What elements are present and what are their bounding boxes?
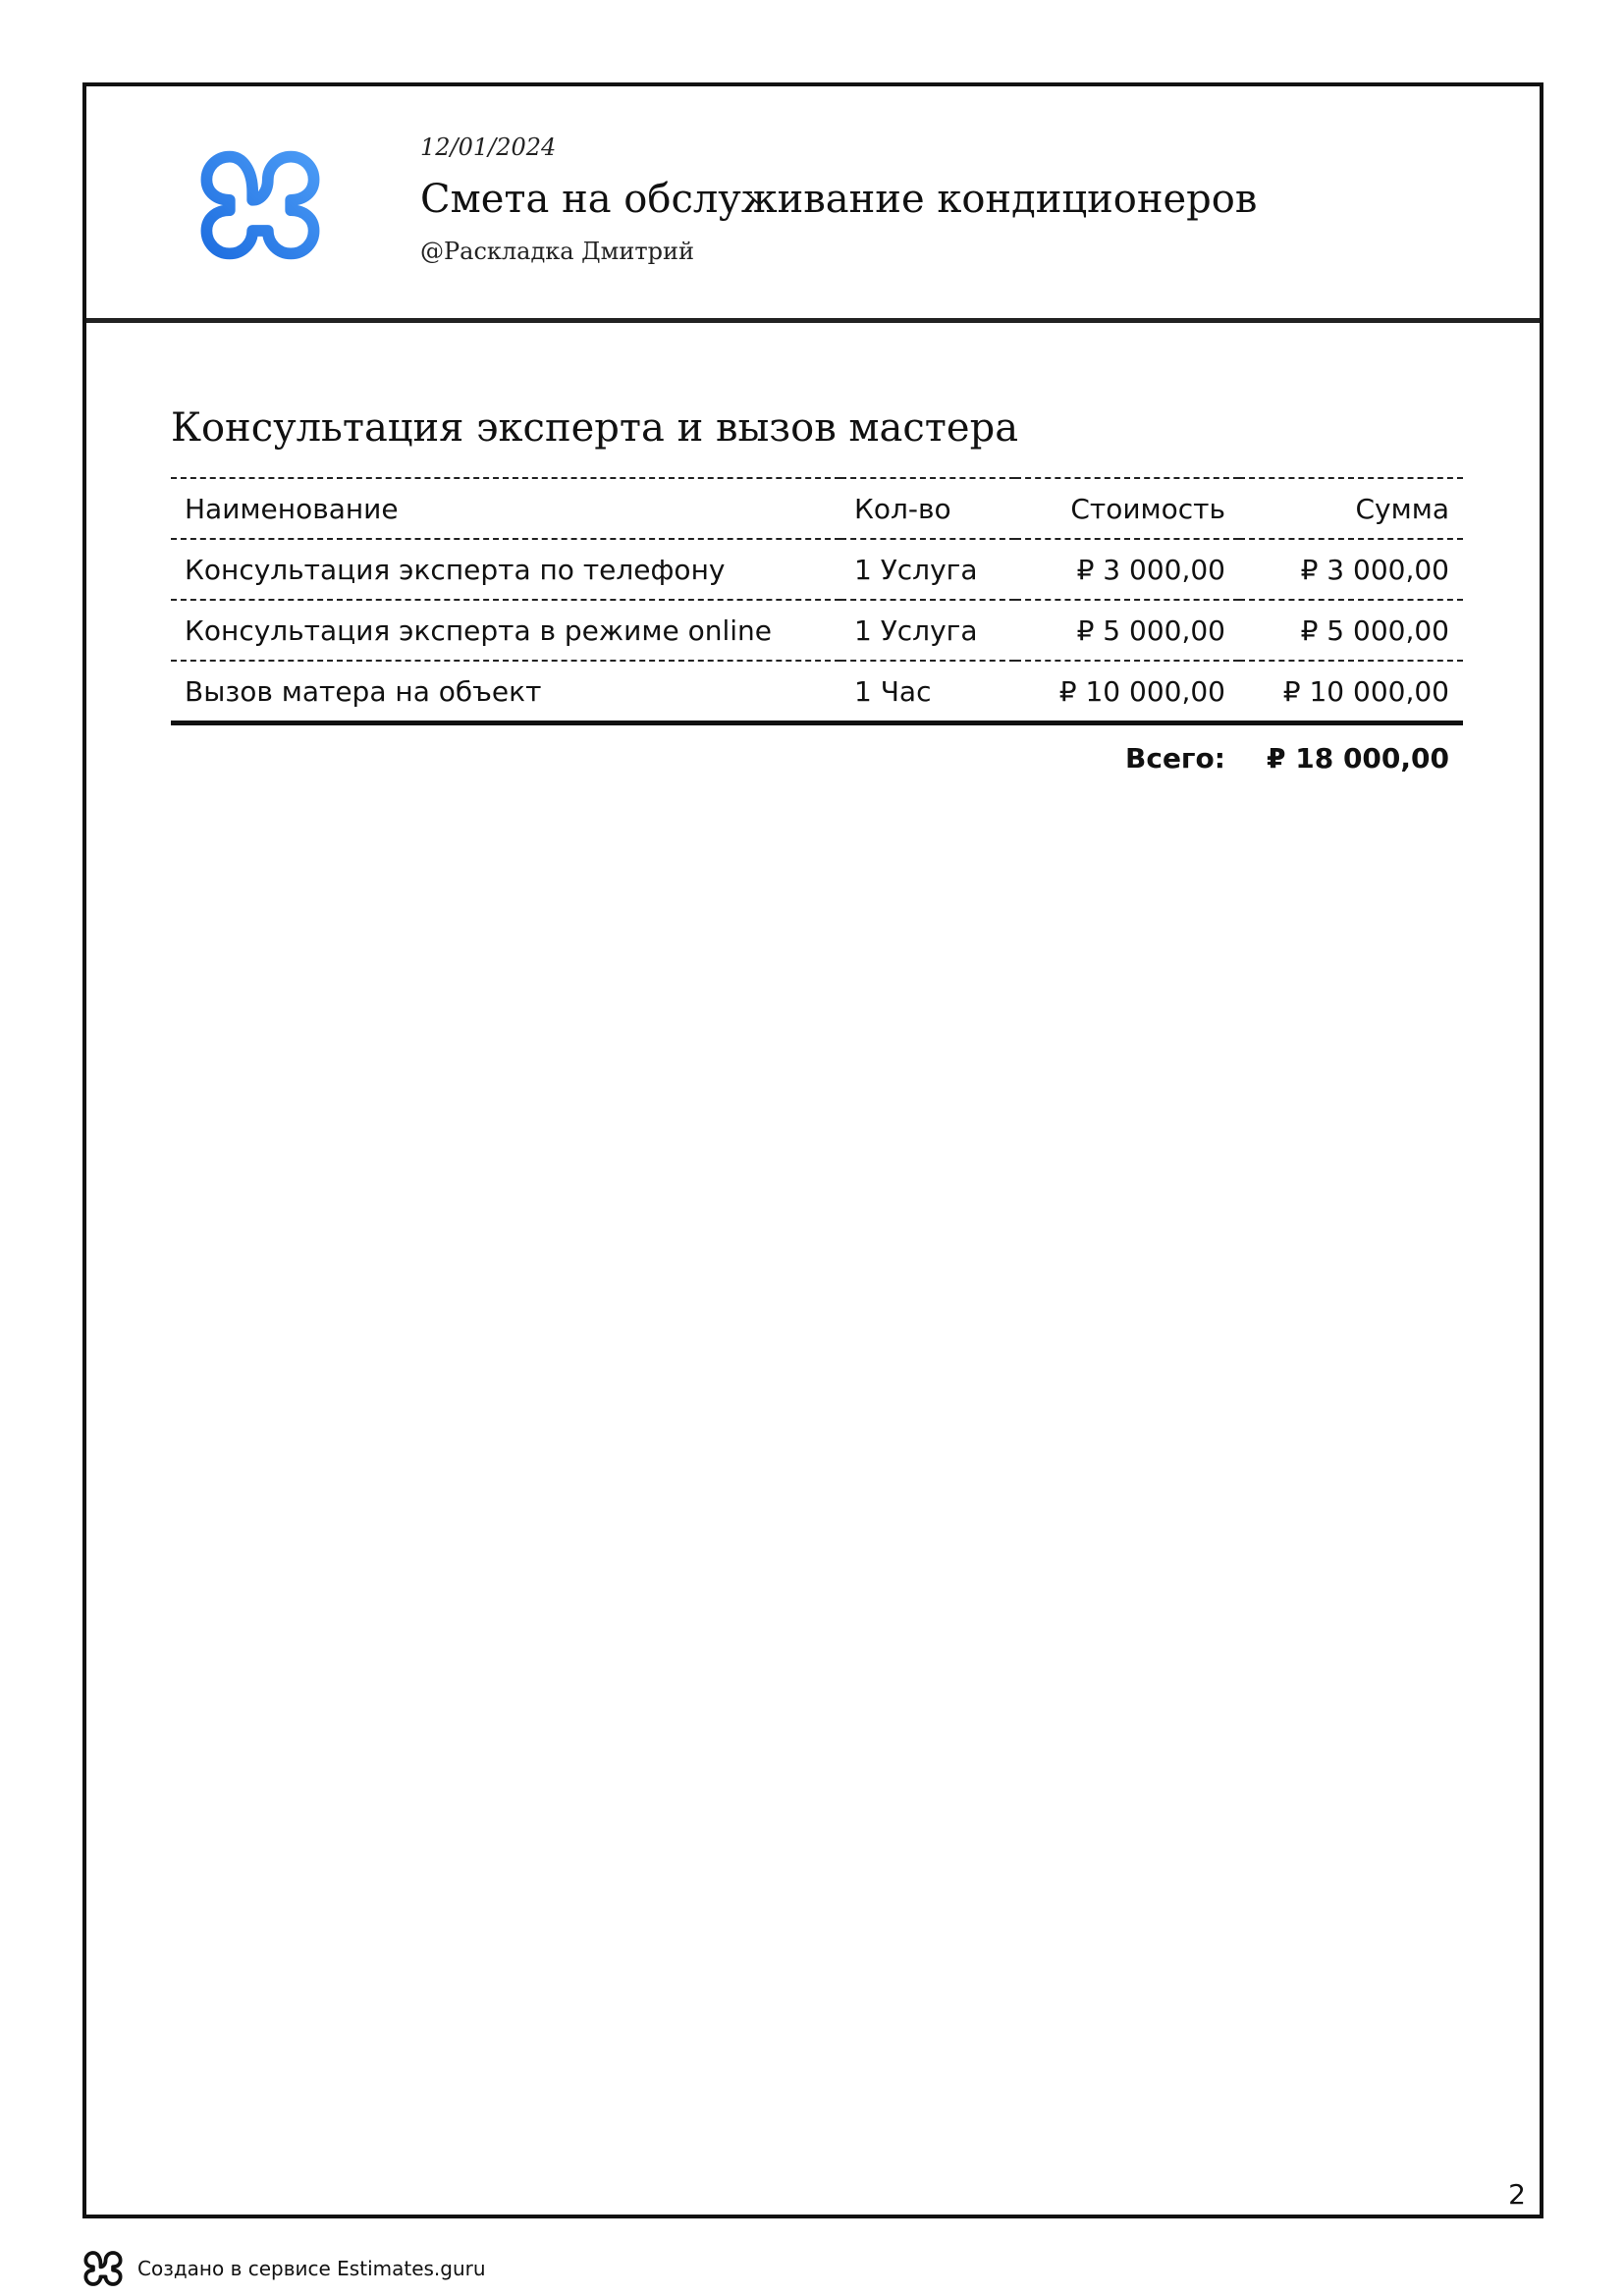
document-header: 12/01/2024 Смета на обслуживание кондици… <box>86 86 1540 323</box>
item-name: Вызов матера на объект <box>171 661 840 723</box>
column-header-total: Сумма <box>1239 478 1463 539</box>
table-row: Вызов матера на объект 1 Час ₽ 10 000,00… <box>171 661 1463 723</box>
column-header-qty: Кол-во <box>840 478 1015 539</box>
item-qty: 1 Услуга <box>840 539 1015 600</box>
total-row: Всего: ₽ 18 000,00 <box>171 723 1463 791</box>
table-header-row: Наименование Кол-во Стоимость Сумма <box>171 478 1463 539</box>
clover-logo-icon <box>196 141 324 269</box>
footer: Создано в сервисе Estimates.guru <box>82 2248 486 2289</box>
item-price: ₽ 3 000,00 <box>1015 539 1239 600</box>
item-total: ₽ 3 000,00 <box>1239 539 1463 600</box>
clover-logo-icon <box>82 2248 124 2289</box>
document-title: Смета на обслуживание кондиционеров <box>420 177 1257 222</box>
item-qty: 1 Час <box>840 661 1015 723</box>
estimate-table: Наименование Кол-во Стоимость Сумма Конс… <box>171 477 1463 790</box>
table-row: Консультация эксперта по телефону 1 Услу… <box>171 539 1463 600</box>
column-header-name: Наименование <box>171 478 840 539</box>
item-name: Консультация эксперта по телефону <box>171 539 840 600</box>
document-author: @Раскладка Дмитрий <box>420 238 694 265</box>
item-total: ₽ 10 000,00 <box>1239 661 1463 723</box>
item-name: Консультация эксперта в режиме online <box>171 600 840 661</box>
estimate-section: Консультация эксперта и вызов мастера На… <box>171 400 1463 790</box>
section-title: Консультация эксперта и вызов мастера <box>171 400 1463 455</box>
table-row: Консультация эксперта в режиме online 1 … <box>171 600 1463 661</box>
item-price: ₽ 5 000,00 <box>1015 600 1239 661</box>
total-value: ₽ 18 000,00 <box>1239 723 1463 791</box>
page-number: 2 <box>1508 2178 1526 2211</box>
item-price: ₽ 10 000,00 <box>1015 661 1239 723</box>
item-qty: 1 Услуга <box>840 600 1015 661</box>
item-total: ₽ 5 000,00 <box>1239 600 1463 661</box>
document-date: 12/01/2024 <box>420 133 556 161</box>
total-label: Всего: <box>1015 723 1239 791</box>
column-header-price: Стоимость <box>1015 478 1239 539</box>
page-frame: 12/01/2024 Смета на обслуживание кондици… <box>82 82 1543 2218</box>
footer-credit-link[interactable]: Создано в сервисе Estimates.guru <box>137 2257 486 2280</box>
